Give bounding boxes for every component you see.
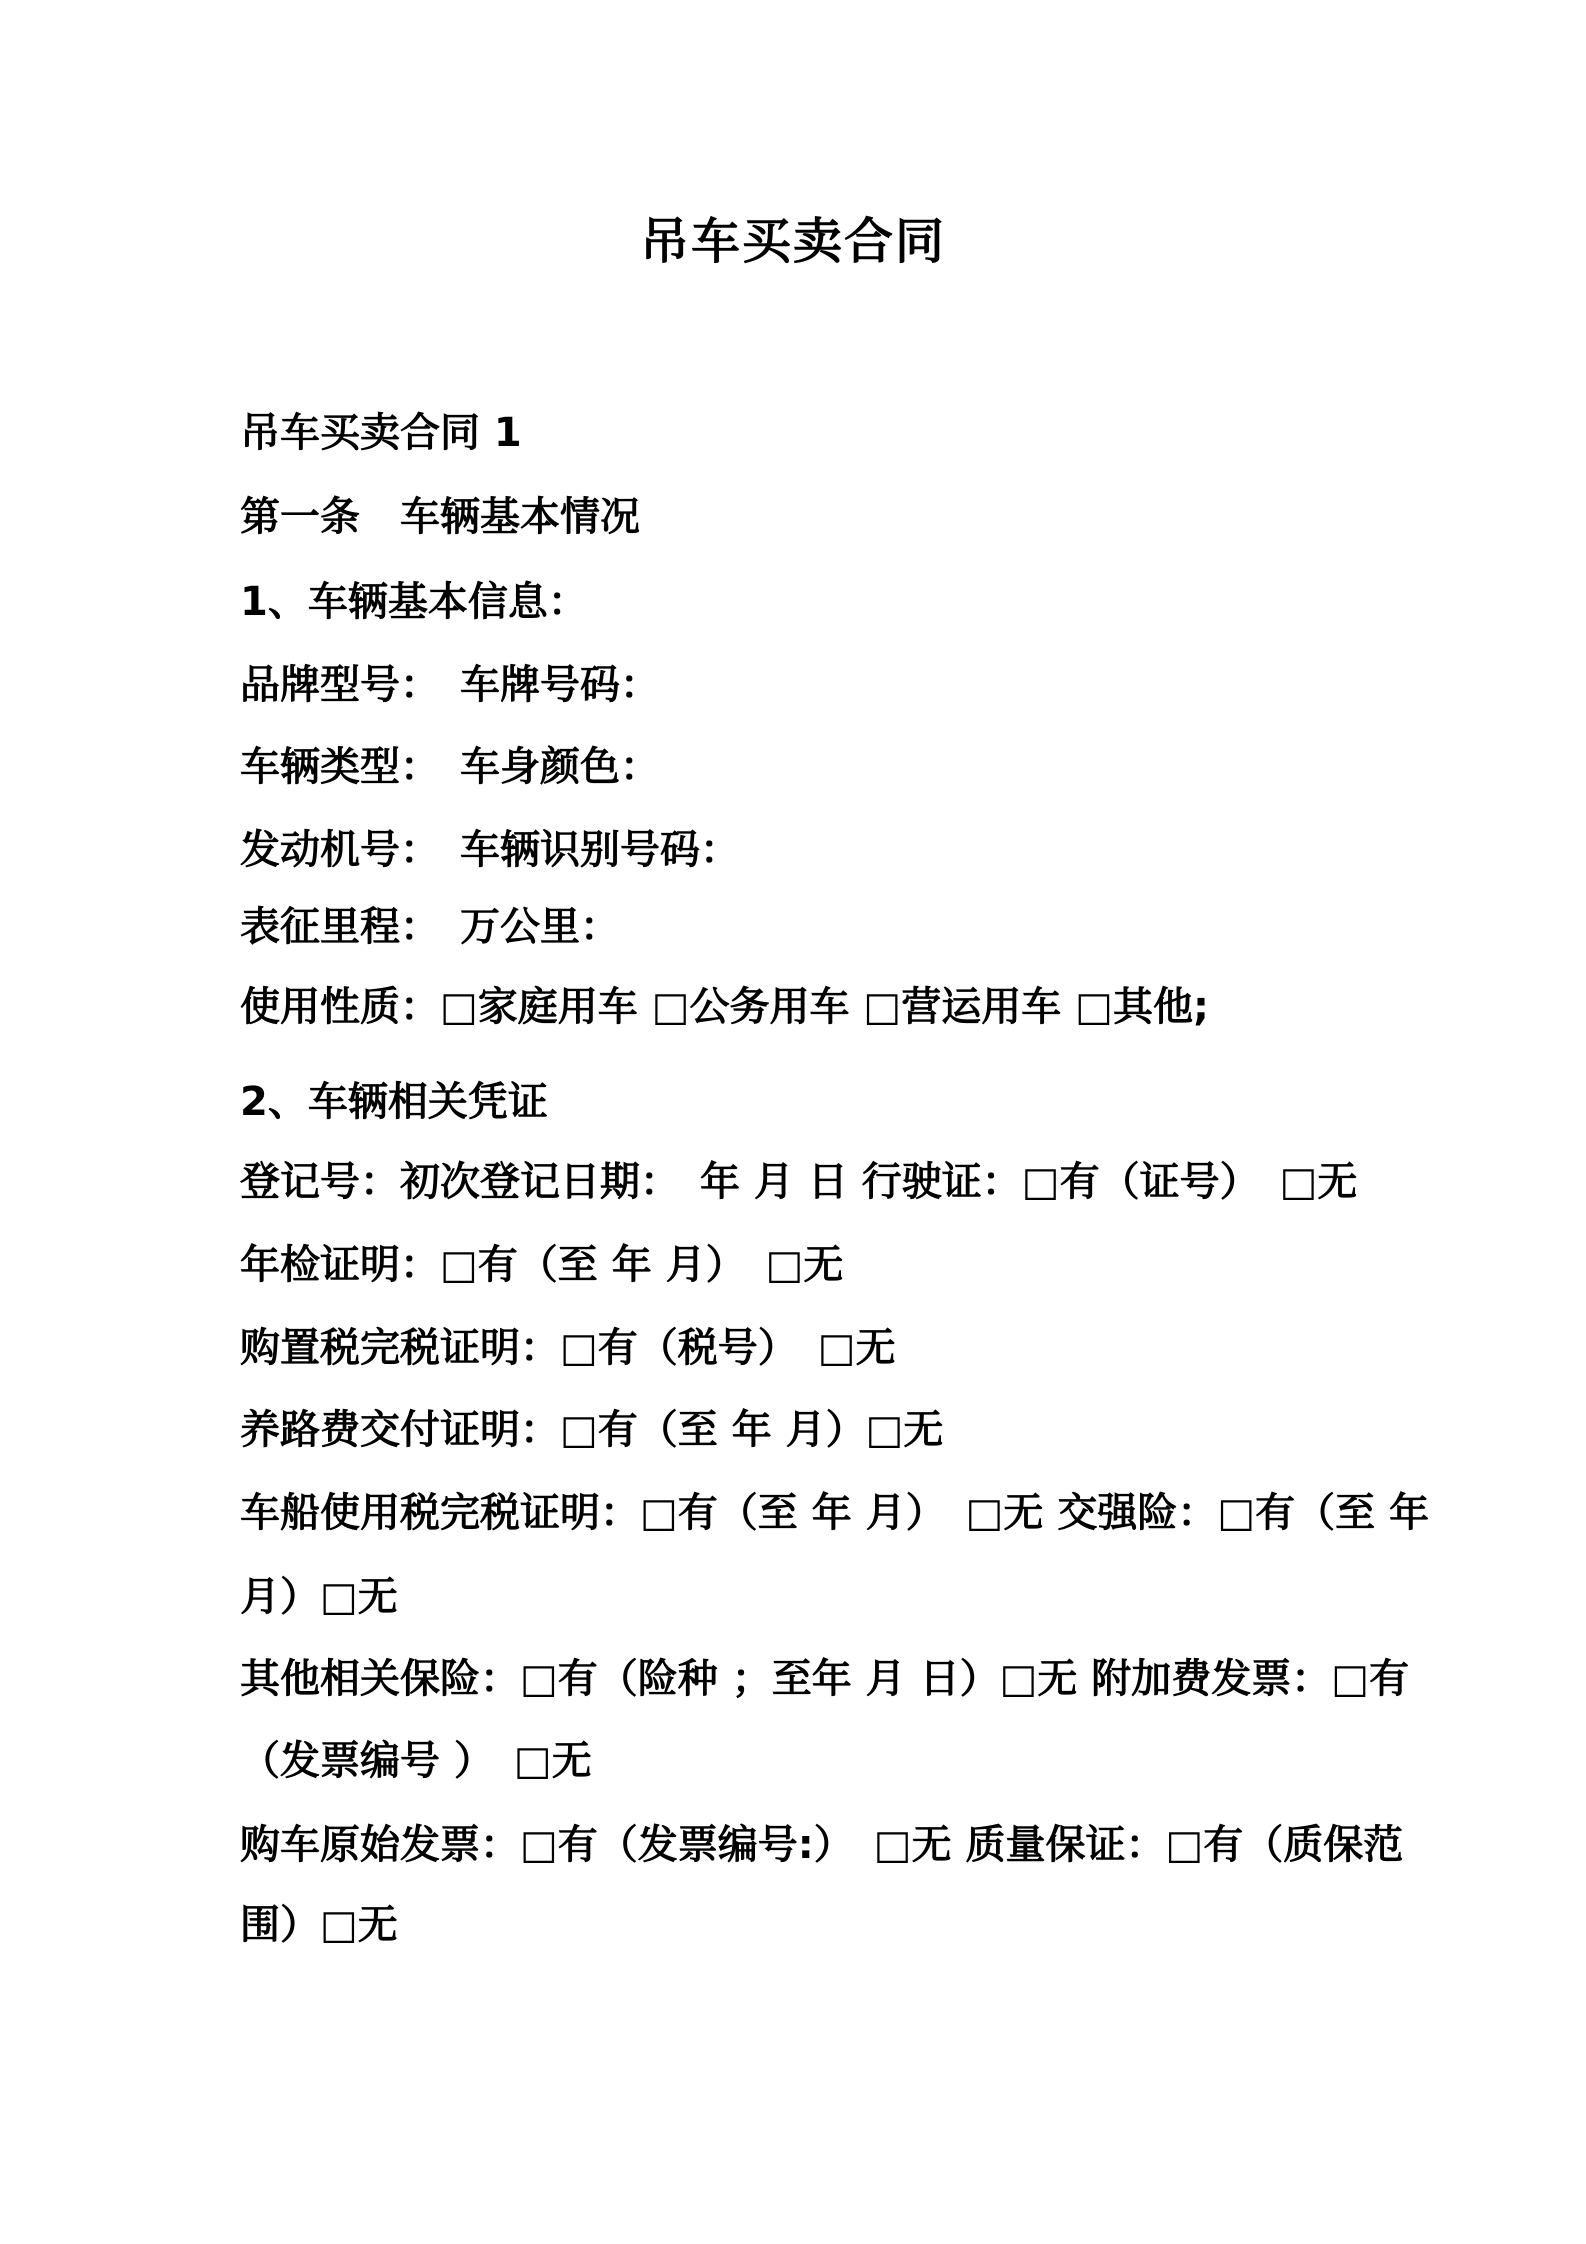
field-registration-license: 登记号：初次登记日期： 年 月 日 行驶证：□有（证号） □无 <box>240 1159 1440 1205</box>
field-invoice-number-wrap: （发票编号 ） □无 <box>240 1738 1440 1784</box>
field-mileage: 表征里程： 万公里： <box>240 904 1440 950</box>
field-vessel-tax-wrap: 月）□无 <box>240 1574 1440 1620</box>
section-2-certificates: 2、车辆相关凭证 <box>240 1079 1440 1125</box>
field-usage-checkboxes: 使用性质：□家庭用车 □公务用车 □营运用车 □其他; <box>240 984 1440 1030</box>
field-original-invoice: 购车原始发票：□有（发票编号:） □无 质量保证：□有（质保范 <box>240 1822 1440 1868</box>
document-title: 吊车买卖合同 <box>0 213 1586 271</box>
field-purchase-tax: 购置税完税证明：□有（税号） □无 <box>240 1325 1440 1371</box>
field-warranty-wrap: 围）□无 <box>240 1902 1440 1948</box>
section-1-vehicle-info: 1、车辆基本信息： <box>240 579 1440 625</box>
field-road-fee: 养路费交付证明：□有（至 年 月）□无 <box>240 1407 1440 1453</box>
field-engine-vin: 发动机号： 车辆识别号码： <box>240 827 1440 873</box>
field-vehicle-vessel-tax: 车船使用税完税证明：□有（至 年 月） □无 交强险：□有（至 年 <box>240 1490 1440 1536</box>
clause-1-heading: 第一条 车辆基本情况 <box>240 494 1440 540</box>
field-annual-inspection: 年检证明：□有（至 年 月） □无 <box>240 1242 1440 1288</box>
field-type-color: 车辆类型： 车身颜色： <box>240 744 1440 790</box>
field-brand-plate: 品牌型号： 车牌号码： <box>240 662 1440 708</box>
contract-page: 吊车买卖合同 吊车买卖合同 1 第一条 车辆基本情况 1、车辆基本信息： 品牌型… <box>0 0 1586 2244</box>
field-other-insurance: 其他相关保险：□有（险种 ；至年 月 日）□无 附加费发票：□有 <box>240 1656 1440 1702</box>
doc-subtitle-line: 吊车买卖合同 1 <box>240 410 1440 456</box>
